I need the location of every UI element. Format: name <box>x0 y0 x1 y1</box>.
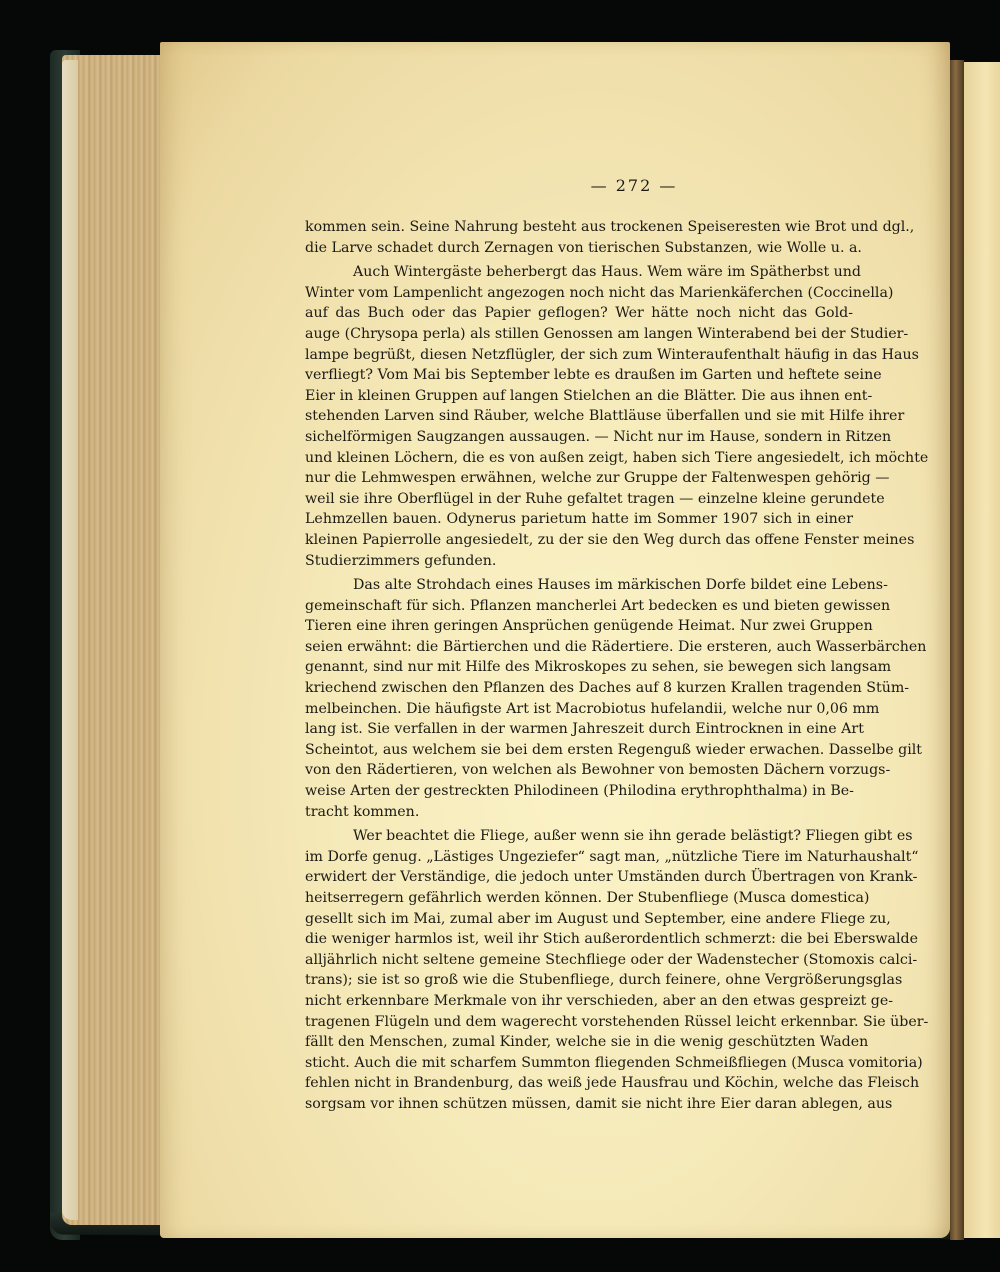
text-line: gemeinschaft für sich. Pflanzen mancherl… <box>305 596 853 617</box>
text-line: fällt den Menschen, zumal Kinder, welche… <box>305 1032 853 1053</box>
text-line: Eier in kleinen Gruppen auf langen Stiel… <box>305 386 853 407</box>
page-stack-edge <box>62 55 162 1225</box>
text-line: tracht kommen. <box>305 802 853 823</box>
text-line: weil sie ihre Oberflügel in der Ruhe gef… <box>305 489 853 510</box>
paragraph: Wer beachtet die Fliege, außer wenn sie … <box>305 826 853 1114</box>
text-line: die weniger harmlos ist, weil ihr Stich … <box>305 929 853 950</box>
text-line: tragenen Flügeln und dem wagerecht vorst… <box>305 1012 853 1033</box>
text-line: auf das Buch oder das Papier geflogen? W… <box>305 303 853 324</box>
endpaper-edge <box>62 60 78 1220</box>
paragraph: Auch Wintergäste beherbergt das Haus. We… <box>305 262 853 571</box>
body-text: kommen sein. Seine Nahrung besteht aus t… <box>305 217 853 1115</box>
text-line: trans); sie ist so groß wie die Stubenfl… <box>305 970 853 991</box>
text-line: Auch Wintergäste beherbergt das Haus. We… <box>305 262 853 283</box>
text-line: melbeinchen. Die häufigste Art ist Macro… <box>305 699 853 720</box>
paragraph: kommen sein. Seine Nahrung besteht aus t… <box>305 217 853 258</box>
text-line: auge (Chrysopa perla) als stillen Genoss… <box>305 324 853 345</box>
text-line: alljährlich nicht seltene gemeine Stechf… <box>305 950 853 971</box>
text-line: die Larve schadet durch Zernagen von tie… <box>305 238 853 259</box>
text-line: Scheintot, aus welchem sie bei dem erste… <box>305 740 853 761</box>
text-line: im Dorfe genug. „Lästiges Ungeziefer“ sa… <box>305 847 853 868</box>
text-line: sorgsam vor ihnen schützen müssen, damit… <box>305 1094 853 1115</box>
text-line: und kleinen Löchern, die es von außen ze… <box>305 448 853 469</box>
facing-page-edge <box>964 62 1000 1238</box>
text-line: weise Arten der gestreckten Philodineen … <box>305 781 853 802</box>
text-line: Das alte Strohdach eines Hauses im märki… <box>305 575 853 596</box>
text-line: von den Rädertieren, von welchen als Bew… <box>305 760 853 781</box>
text-line: sticht. Auch die mit scharfem Summton fl… <box>305 1053 853 1074</box>
text-line: erwidert der Verständige, die jedoch unt… <box>305 867 853 888</box>
page-content: — 272 — kommen sein. Seine Nahrung beste… <box>305 170 853 1119</box>
text-line: stehenden Larven sind Räuber, welche Bla… <box>305 406 853 427</box>
text-line: lampe begrüßt, diesen Netzflügler, der s… <box>305 345 853 366</box>
text-line: Tieren eine ihren geringen Ansprüchen ge… <box>305 616 853 637</box>
page-number: — 272 — <box>305 176 853 195</box>
text-line: verfliegt? Vom Mai bis September lebte e… <box>305 365 853 386</box>
text-line: nur die Lehmwespen erwähnen, welche zur … <box>305 468 853 489</box>
paragraph: Das alte Strohdach eines Hauses im märki… <box>305 575 853 822</box>
book-gutter <box>950 60 964 1240</box>
text-line: seien erwähnt: die Bärtierchen und die R… <box>305 637 853 658</box>
text-line: heitserregern gefährlich werden können. … <box>305 888 853 909</box>
text-line: nicht erkennbare Merkmale von ihr versch… <box>305 991 853 1012</box>
text-line: Lehmzellen bauen. Odynerus parietum hatt… <box>305 509 853 530</box>
text-line: kriechend zwischen den Pflanzen des Dach… <box>305 678 853 699</box>
text-line: Studierzimmers gefunden. <box>305 551 853 572</box>
text-line: fehlen nicht in Brandenburg, das weiß je… <box>305 1073 853 1094</box>
text-line: sichelförmigen Saugzangen aussaugen. — N… <box>305 427 853 448</box>
text-line: Wer beachtet die Fliege, außer wenn sie … <box>305 826 853 847</box>
text-line: gesellt sich im Mai, zumal aber im Augus… <box>305 909 853 930</box>
text-line: kleinen Papierrolle angesiedelt, zu der … <box>305 530 853 551</box>
text-line: kommen sein. Seine Nahrung besteht aus t… <box>305 217 853 238</box>
text-line: lang ist. Sie verfallen in der warmen Ja… <box>305 719 853 740</box>
text-line: Winter vom Lampenlicht angezogen noch ni… <box>305 283 853 304</box>
text-line: genannt, sind nur mit Hilfe des Mikrosko… <box>305 657 853 678</box>
